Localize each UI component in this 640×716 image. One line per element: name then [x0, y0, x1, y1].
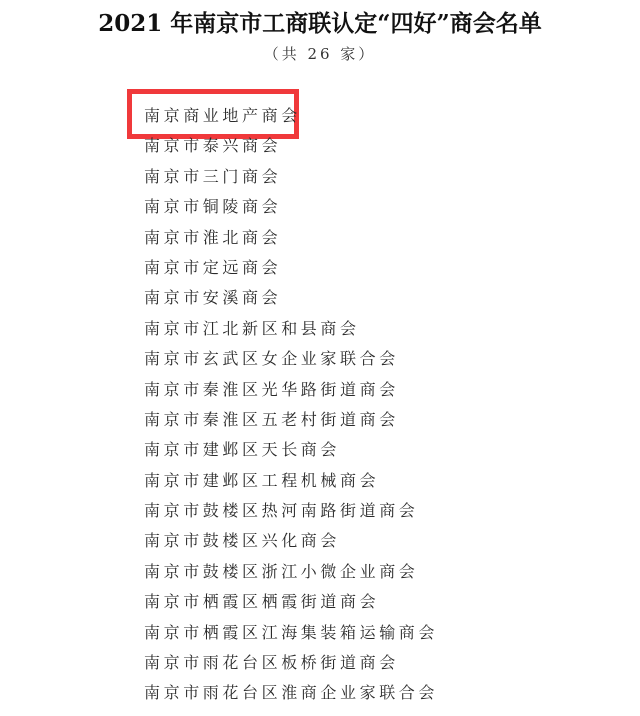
list-item: 南京市鼓楼区热河南路街道商会: [144, 496, 438, 526]
list-item: 南京市淮北商会: [144, 223, 438, 253]
list-item: 南京市雨花台区板桥街道商会: [144, 648, 438, 678]
list-item: 南京市秦淮区光华路街道商会: [144, 375, 438, 405]
list-item: 南京市栖霞区栖霞街道商会: [144, 587, 438, 617]
list-item: 南京市建邺区天长商会: [144, 435, 438, 465]
document-subtitle: （共 26 家）: [0, 44, 640, 64]
list-item: 南京市建邺区工程机械商会: [144, 466, 438, 496]
list-item: 南京市泰兴商会: [144, 131, 438, 161]
list-item: 南京市玄武区女企业家联合会: [144, 344, 438, 374]
list-item: 南京市栖霞区江海集装箱运输商会: [144, 618, 438, 648]
list-item: 南京市铜陵商会: [144, 192, 438, 222]
list-item: 南京市定远商会: [144, 253, 438, 283]
list-item: 南京市秦淮区五老村街道商会: [144, 405, 438, 435]
list-item: 南京市鼓楼区浙江小微企业商会: [144, 557, 438, 587]
list-item: 南京市鼓楼区兴化商会: [144, 526, 438, 556]
document-title: 2021 年南京市工商联认定“四好”商会名单: [0, 8, 640, 40]
list-item: 南京市三门商会: [144, 162, 438, 192]
chamber-list: 南京商业地产商会 南京市泰兴商会 南京市三门商会 南京市铜陵商会 南京市淮北商会…: [144, 101, 438, 709]
list-item: 南京市安溪商会: [144, 283, 438, 313]
list-item: 南京商业地产商会: [144, 101, 438, 131]
list-item: 南京市江北新区和县商会: [144, 314, 438, 344]
list-item: 南京市雨花台区淮商企业家联合会: [144, 678, 438, 708]
